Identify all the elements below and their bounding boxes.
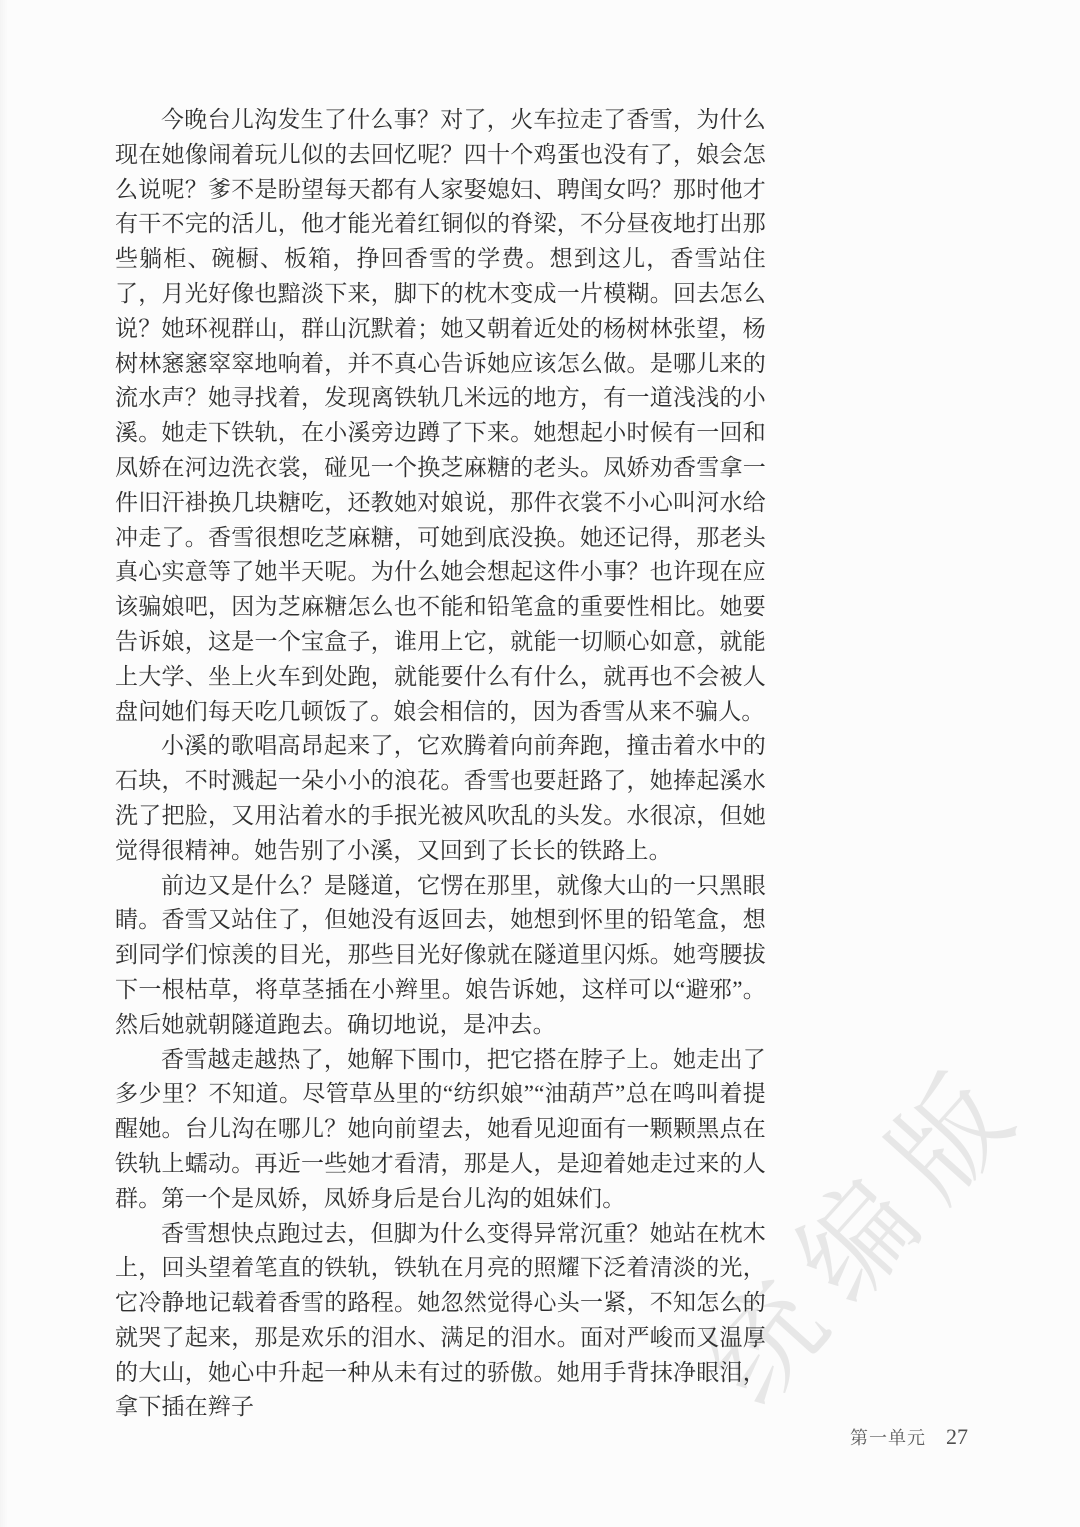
page-number: 27 bbox=[946, 1424, 968, 1449]
page-footer: 第一单元 27 bbox=[115, 1424, 968, 1450]
unit-label: 第一单元 bbox=[850, 1428, 926, 1448]
paragraph: 小溪的歌唱高昂起来了，它欢腾着向前奔跑，撞击着水中的石块，不时溅起一朵小小的浪花… bbox=[115, 729, 766, 868]
paragraph: 香雪想快点跑过去，但脚为什么变得异常沉重？她站在枕木上，回头望着笔直的铁轨，铁轨… bbox=[115, 1217, 766, 1426]
paragraph: 今晚台儿沟发生了什么事？对了，火车拉走了香雪，为什么现在她像闹着玩儿似的去回忆呢… bbox=[115, 103, 766, 729]
article-text: 今晚台儿沟发生了什么事？对了，火车拉走了香雪，为什么现在她像闹着玩儿似的去回忆呢… bbox=[115, 103, 766, 1425]
paragraph: 香雪越走越热了，她解下围巾，把它搭在脖子上。她走出了多少里？不知道。尽管草丛里的… bbox=[115, 1043, 766, 1217]
paragraph: 前边又是什么？是隧道，它愣在那里，就像大山的一只黑眼睛。香雪又站住了，但她没有返… bbox=[115, 869, 766, 1043]
